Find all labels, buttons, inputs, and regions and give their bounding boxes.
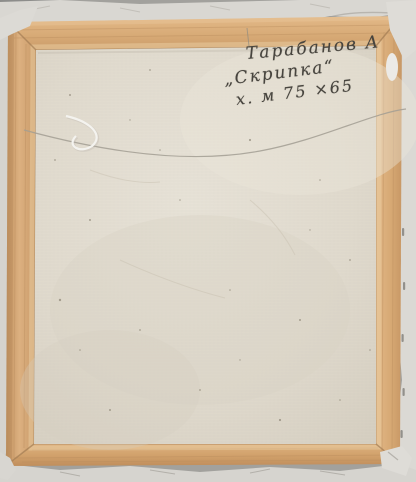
photo-canvas-back: Тарабанов А „Скрипка“ х. м 75 ×65: [0, 0, 416, 482]
painting-back-illustration: [0, 0, 416, 482]
canvas-back-surface: [20, 28, 416, 450]
